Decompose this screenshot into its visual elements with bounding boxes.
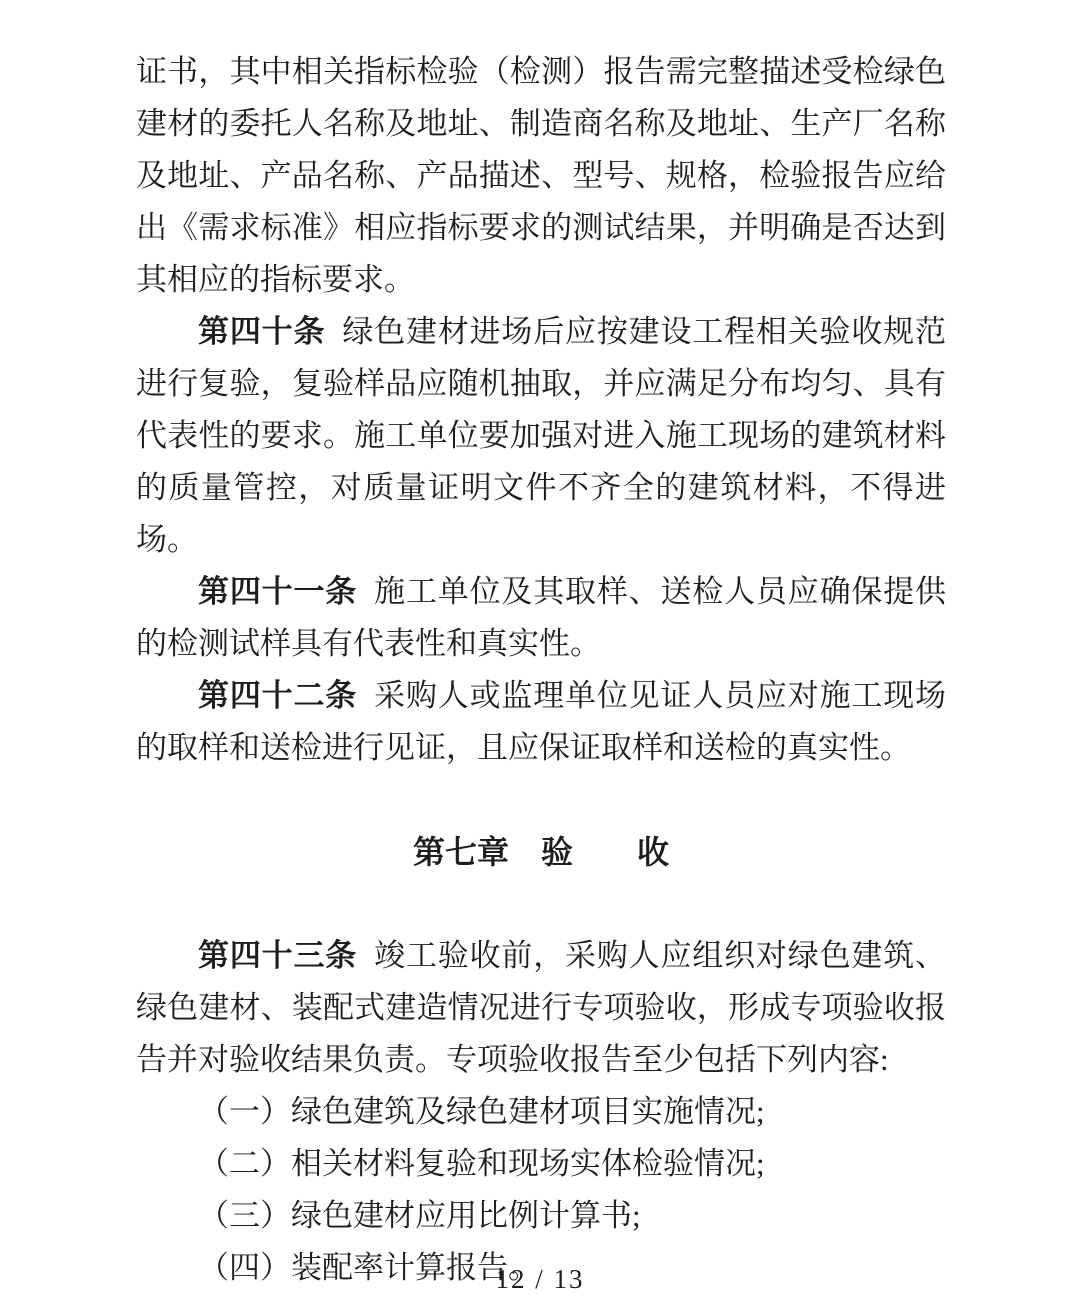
list-item: （三）绿色建材应用比例计算书; <box>136 1190 946 1242</box>
list-item: （一）绿色建筑及绿色建材项目实施情况; <box>136 1086 946 1138</box>
article-number: 第四十一条 <box>198 574 357 609</box>
article-42-paragraph: 第四十二条采购人或监理单位见证人员应对施工现场的取样和送检进行见证，且应保证取样… <box>136 670 946 774</box>
chapter-heading: 第七章 验 收 <box>136 826 946 878</box>
article-40-paragraph: 第四十条绿色建材进场后应按建设工程相关验收规范进行复验，复验样品应随机抽取，并应… <box>136 306 946 566</box>
paragraph-text: 证书，其中相关指标检验（检测）报告需完整描述受检绿色建材的委托人名称及地址、制造… <box>136 54 946 297</box>
page-number: 12 / 13 <box>0 1264 1080 1295</box>
article-number: 第四十二条 <box>198 678 357 713</box>
article-41-paragraph: 第四十一条施工单位及其取样、送检人员应确保提供的检测试样具有代表性和真实性。 <box>136 566 946 670</box>
list-item: （二）相关材料复验和现场实体检验情况; <box>136 1138 946 1190</box>
article-number: 第四十三条 <box>198 938 357 973</box>
article-43-paragraph: 第四十三条竣工验收前，采购人应组织对绿色建筑、绿色建材、装配式建造情况进行专项验… <box>136 930 946 1086</box>
document-page: 证书，其中相关指标检验（检测）报告需完整描述受检绿色建材的委托人名称及地址、制造… <box>0 0 1080 1299</box>
paragraph-text: 绿色建材进场后应按建设工程相关验收规范进行复验，复验样品应随机抽取，并应满足分布… <box>136 314 946 557</box>
article-number: 第四十条 <box>198 314 325 349</box>
paragraph-continuation: 证书，其中相关指标检验（检测）报告需完整描述受检绿色建材的委托人名称及地址、制造… <box>136 46 946 306</box>
